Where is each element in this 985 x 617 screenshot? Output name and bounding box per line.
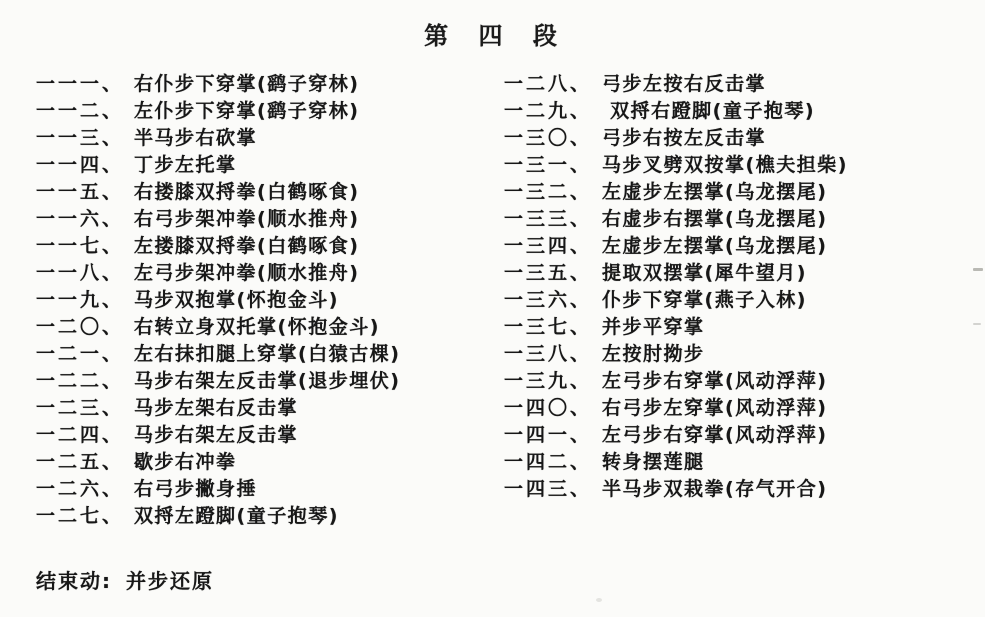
item-text: 弓步左按右反击掌	[602, 73, 766, 95]
list-item: 一二七、双捋左蹬脚(童子抱琴)	[36, 503, 504, 530]
item-text: 左弓步右穿掌(风动浮萍)	[602, 370, 827, 392]
item-text: 左弓步右穿掌(风动浮萍)	[602, 424, 827, 446]
item-number: 一二一、	[36, 343, 124, 365]
list-item: 一三一、马步叉劈双按掌(樵夫担柴)	[504, 152, 985, 179]
item-text: 提取双摆掌(犀牛望月)	[602, 262, 807, 284]
item-number: 一四一、	[504, 424, 592, 446]
item-number: 一三四、	[504, 235, 592, 257]
closing-movement-note: 结束动:并步还原	[36, 565, 214, 594]
list-item: 一三三、右虚步右摆掌(乌龙摆尾)	[504, 206, 985, 233]
list-item: 一二二、马步右架左反击掌(退步埋伏)	[36, 368, 504, 395]
list-item: 一三二、左虚步左摆掌(乌龙摆尾)	[504, 179, 985, 206]
item-number: 一二五、	[36, 451, 124, 473]
item-number: 一二二、	[36, 370, 124, 392]
item-number: 一一四、	[36, 154, 124, 176]
movement-list: 一一一、右仆步下穿掌(鹞子穿林) 一一二、左仆步下穿掌(鹞子穿林) 一一三、半马…	[0, 71, 985, 530]
item-number: 一三三、	[504, 208, 592, 230]
item-number: 一三九、	[504, 370, 592, 392]
list-item: 一一一、右仆步下穿掌(鹞子穿林)	[36, 71, 504, 98]
list-item: 一二〇、右转立身双托掌(怀抱金斗)	[36, 314, 504, 341]
item-text: 左仆步下穿掌(鹞子穿林)	[134, 100, 359, 122]
item-number: 一三七、	[504, 316, 592, 338]
list-item: 一一二、左仆步下穿掌(鹞子穿林)	[36, 98, 504, 125]
item-number: 一三一、	[504, 154, 592, 176]
list-item: 一二一、左右抹扣腿上穿掌(白猿古棵)	[36, 341, 504, 368]
list-item: 一一七、左搂膝双捋拳(白鹤啄食)	[36, 233, 504, 260]
item-number: 一一九、	[36, 289, 124, 311]
item-number: 一一七、	[36, 235, 124, 257]
item-number: 一二九、	[504, 100, 592, 122]
list-item: 一二五、歇步右冲拳	[36, 449, 504, 476]
item-text: 并步平穿掌	[602, 316, 705, 338]
list-item: 一一三、半马步右砍掌	[36, 125, 504, 152]
item-number: 一三〇、	[504, 127, 592, 149]
item-number: 一四〇、	[504, 397, 592, 419]
item-number: 一三八、	[504, 343, 592, 365]
item-text: 右虚步右摆掌(乌龙摆尾)	[602, 208, 827, 230]
item-text: 转身摆莲腿	[602, 451, 705, 473]
item-text: 双捋右蹬脚(童子抱琴)	[602, 100, 815, 122]
scan-artifact	[973, 323, 981, 325]
list-item: 一二三、马步左架右反击掌	[36, 395, 504, 422]
item-text: 马步右架左反击掌(退步埋伏)	[134, 370, 400, 392]
item-text: 左右抹扣腿上穿掌(白猿古棵)	[134, 343, 400, 365]
item-text: 右仆步下穿掌(鹞子穿林)	[134, 73, 359, 95]
item-number: 一三六、	[504, 289, 592, 311]
item-number: 一二七、	[36, 505, 124, 527]
list-item: 一四三、半马步双栽拳(存气开合)	[504, 476, 985, 503]
list-item: 一二八、弓步左按右反击掌	[504, 71, 985, 98]
list-item: 一一九、马步双抱掌(怀抱金斗)	[36, 287, 504, 314]
list-item: 一三九、左弓步右穿掌(风动浮萍)	[504, 368, 985, 395]
list-item: 一四二、转身摆莲腿	[504, 449, 985, 476]
item-number: 一一三、	[36, 127, 124, 149]
list-item: 一四一、左弓步右穿掌(风动浮萍)	[504, 422, 985, 449]
item-text: 丁步左托掌	[134, 154, 237, 176]
list-item: 一二九、 双捋右蹬脚(童子抱琴)	[504, 98, 985, 125]
item-text: 半马步双栽拳(存气开合)	[602, 478, 827, 500]
item-text: 弓步右按左反击掌	[602, 127, 766, 149]
item-number: 一四二、	[504, 451, 592, 473]
item-number: 一二三、	[36, 397, 124, 419]
list-item: 一一四、丁步左托掌	[36, 152, 504, 179]
list-item: 一三四、左虚步左摆掌(乌龙摆尾)	[504, 233, 985, 260]
page-title: 第 四 段	[0, 0, 985, 51]
item-text: 左搂膝双捋拳(白鹤啄食)	[134, 235, 359, 257]
item-number: 一三五、	[504, 262, 592, 284]
list-item: 一三八、左按肘拗步	[504, 341, 985, 368]
list-item: 一三五、提取双摆掌(犀牛望月)	[504, 260, 985, 287]
item-number: 一二四、	[36, 424, 124, 446]
item-text: 马步双抱掌(怀抱金斗)	[134, 289, 339, 311]
item-number: 一二〇、	[36, 316, 124, 338]
item-text: 歇步右冲拳	[134, 451, 237, 473]
item-number: 一一六、	[36, 208, 124, 230]
movement-column-left: 一一一、右仆步下穿掌(鹞子穿林) 一一二、左仆步下穿掌(鹞子穿林) 一一三、半马…	[36, 71, 504, 530]
scan-artifact	[973, 268, 983, 271]
item-text: 右弓步架冲拳(顺水推舟)	[134, 208, 359, 230]
list-item: 一一五、右搂膝双捋拳(白鹤啄食)	[36, 179, 504, 206]
item-number: 一二六、	[36, 478, 124, 500]
item-text: 半马步右砍掌	[134, 127, 257, 149]
item-number: 一一二、	[36, 100, 124, 122]
list-item: 一四〇、右弓步左穿掌(风动浮萍)	[504, 395, 985, 422]
item-text: 右弓步撇身捶	[134, 478, 257, 500]
item-number: 一三二、	[504, 181, 592, 203]
item-text: 左虚步左摆掌(乌龙摆尾)	[602, 235, 827, 257]
item-text: 马步左架右反击掌	[134, 397, 298, 419]
item-text: 右弓步左穿掌(风动浮萍)	[602, 397, 827, 419]
item-text: 左弓步架冲拳(顺水推舟)	[134, 262, 359, 284]
scanned-document-page: 第 四 段 一一一、右仆步下穿掌(鹞子穿林) 一一二、左仆步下穿掌(鹞子穿林) …	[0, 0, 985, 617]
list-item: 一三六、仆步下穿掌(燕子入林)	[504, 287, 985, 314]
item-text: 右搂膝双捋拳(白鹤啄食)	[134, 181, 359, 203]
closing-note-text: 并步还原	[126, 569, 214, 593]
item-number: 一四三、	[504, 478, 592, 500]
closing-note-label: 结束动:	[36, 569, 112, 593]
list-item: 一三〇、弓步右按左反击掌	[504, 125, 985, 152]
item-text: 右转立身双托掌(怀抱金斗)	[134, 316, 380, 338]
item-text: 马步右架左反击掌	[134, 424, 298, 446]
item-text: 左按肘拗步	[602, 343, 705, 365]
item-text: 仆步下穿掌(燕子入林)	[602, 289, 807, 311]
list-item: 一三七、并步平穿掌	[504, 314, 985, 341]
item-text: 双捋左蹬脚(童子抱琴)	[134, 505, 339, 527]
item-number: 一一一、	[36, 73, 124, 95]
item-number: 一二八、	[504, 73, 592, 95]
item-number: 一一五、	[36, 181, 124, 203]
item-text: 马步叉劈双按掌(樵夫担柴)	[602, 154, 848, 176]
item-number: 一一八、	[36, 262, 124, 284]
list-item: 一二六、右弓步撇身捶	[36, 476, 504, 503]
list-item: 一一六、右弓步架冲拳(顺水推舟)	[36, 206, 504, 233]
list-item: 一二四、马步右架左反击掌	[36, 422, 504, 449]
scan-artifact	[596, 598, 602, 602]
movement-column-right: 一二八、弓步左按右反击掌 一二九、 双捋右蹬脚(童子抱琴) 一三〇、弓步右按左反…	[504, 71, 985, 530]
list-item: 一一八、左弓步架冲拳(顺水推舟)	[36, 260, 504, 287]
item-text: 左虚步左摆掌(乌龙摆尾)	[602, 181, 827, 203]
